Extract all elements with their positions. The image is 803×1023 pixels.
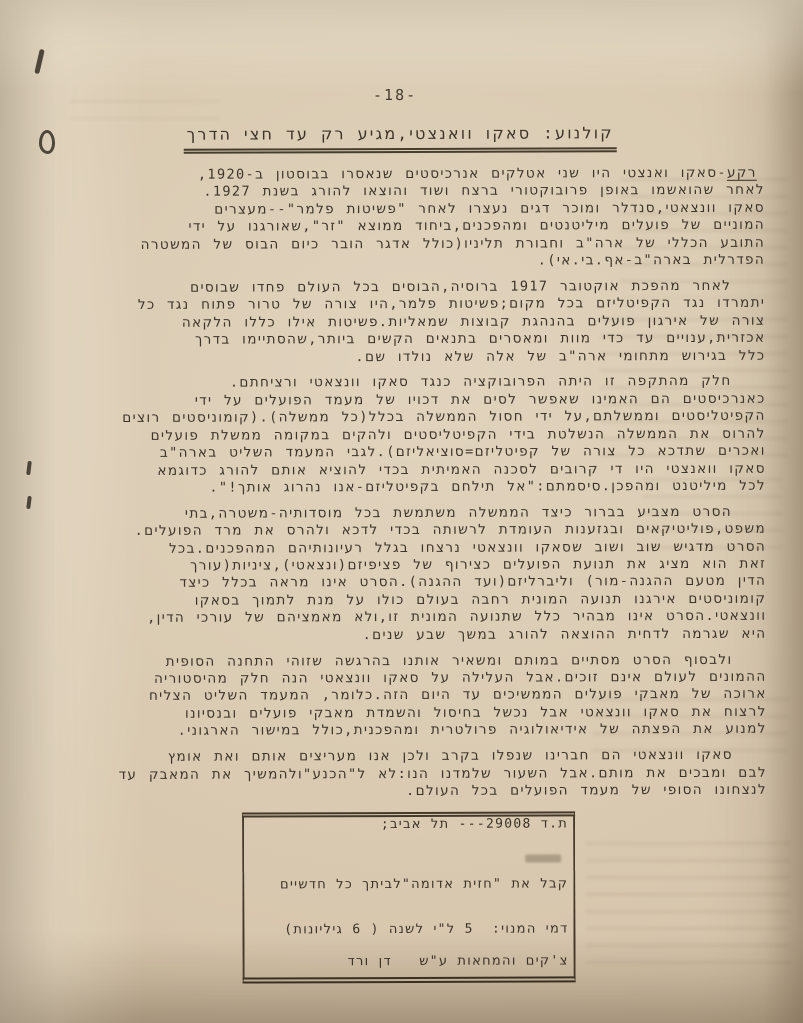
text-line: לכל מיליטנט ומהפכן.סיסמתם:"אל תילחם בקפי…: [40, 478, 766, 498]
text-line: ארוכה של מאבקי פועלים הממשיכים עד היום ה…: [41, 686, 767, 706]
paragraph: סאקו וונצאטי הם חברינו שנפלו בקרב ולכן א…: [41, 747, 767, 802]
page-content: -18- קולנוע: סאקו וואנצטי,מגיע רק עד חצי…: [0, 0, 803, 1023]
article-title: קולנוע: סאקו וואנצטי,מגיע רק עד חצי הדרך: [184, 123, 617, 154]
ad-text-line: צ'קים והמחאות ע"ש דן ורד: [348, 953, 569, 969]
text-line: ואכרים שתדכא כל צורה של קפיטליזם=סוציאלי…: [40, 443, 766, 463]
text-line: לאחר שהואשמו באופן פרובוקטורי ברצח ושוד …: [39, 182, 765, 202]
ad-text-line: ת.ד 29008--- תל אביב;: [381, 816, 568, 832]
text-line: המוניים של פועלים מיליטנטים ומהפכנים,ביח…: [39, 217, 765, 237]
paragraph: לאחר מהפכת אוקטובר 1917 ברוסיה,הבוסים בכ…: [39, 278, 765, 368]
page-number: -18-: [0, 85, 792, 106]
text-line: יתמרדו נגד הקפיטליזם בכל מקום;פשיטות פלמ…: [39, 295, 765, 315]
text-line: אכזרית,ענויים עד כדי מוות ומאסרים בתנאים…: [39, 330, 765, 350]
article-body: רקע-סאקו ואנצטי היו שני אטלקים אנרכיסטים…: [39, 165, 767, 810]
paragraph: הסרט מצביע בברור כיצד הממשלה משתמשת בכל …: [40, 504, 766, 646]
ad-text-line: קבל את "חזית אדומה"לביתך כל חדשיים: [280, 876, 568, 892]
text-line: היא שגרמה לדחית ההוצאה להורג במשך שבע שנ…: [40, 625, 766, 645]
title-row: קולנוע: סאקו וואנצטי,מגיע רק עד חצי הדרך: [0, 123, 802, 155]
text-line: הפדרלית בארה"ב-אף.בי.אי).: [39, 252, 765, 272]
ad-text-line: דמי המנוי: 5 ל"י לשנה ( 6 גיליונות): [284, 921, 568, 937]
text-line: למנוע את הפצתה של אידיאולוגיה פרולטרית ו…: [41, 721, 767, 741]
subscription-ad-box: קבל את "חזית אדומה"לביתך כל חדשייםדמי המ…: [242, 811, 576, 983]
text-line: הקפיטליסטים וממשלתם,על ידי חסול הממשלה ב…: [40, 408, 766, 428]
text-line: וונצאטי.הסרט אינו מבהיר כלל שתנועה המוני…: [40, 608, 766, 628]
paragraph: ולבסוף הסרט מסתיים במותם ומשאיר אותנו בה…: [40, 651, 766, 741]
typewriter-smudge: [525, 854, 561, 862]
text-line: כלל בגירוש מתחומי ארה"ב של אלה שלא נולדו…: [39, 347, 765, 367]
text-line: סאקו וונצאטי הם חברינו שנפלו בקרב ולכן א…: [41, 747, 767, 767]
paragraph: רקע-סאקו ואנצטי היו שני אטלקים אנרכיסטים…: [39, 165, 765, 272]
scanned-page: -18- קולנוע: סאקו וואנצטי,מגיע רק עד חצי…: [0, 0, 803, 1023]
text-line: לנצחונו הסופי של מעמד הפועלים בכל העולם.: [41, 782, 767, 802]
text-line: משפט,פוליטיקאים ובגזענות העומדת לרשותה ב…: [40, 521, 766, 541]
paragraph: חלק מהתקפה זו היתה הפרובוקציה כנגד סאקו …: [40, 373, 766, 497]
